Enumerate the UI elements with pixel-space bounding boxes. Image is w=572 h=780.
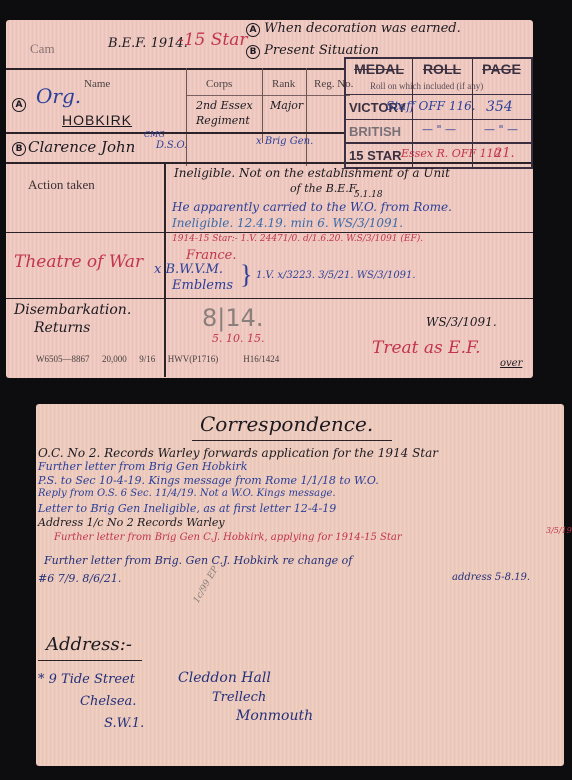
table-rule <box>346 94 531 95</box>
given-names: Clarence John <box>28 138 135 156</box>
ws-ref: WS/3/1091. <box>426 315 497 329</box>
corr-line: address 5-8.19. <box>452 572 530 583</box>
address-1-line1: * 9 Tide Street <box>38 672 135 687</box>
corr-line: O.C. No 2. Records Warley forwards appli… <box>38 446 438 460</box>
campaign-label: Cam <box>30 41 55 57</box>
theatre-label: Theatre of War <box>14 252 143 272</box>
title-underline <box>192 440 392 441</box>
corps-line2: Regiment <box>196 114 250 127</box>
returns-label: Returns <box>34 320 90 336</box>
note-a-text: When decoration was earned. <box>264 21 461 36</box>
action-date: 5.1.18 <box>354 190 383 200</box>
action-line1: Ineligible. Not on the establishment of … <box>174 166 450 180</box>
note-b-text: Present Situation <box>264 43 379 58</box>
row-b-marker-icon: B <box>12 142 26 156</box>
divider <box>186 68 187 166</box>
row-rule <box>6 232 533 233</box>
col-rank: Rank <box>272 78 295 90</box>
honours: D.S.O. <box>156 140 187 151</box>
action-line4: Ineligible. 12.4.19. min 6. WS/3/1091. <box>172 216 403 230</box>
campaign-value: B.E.F. 1914. <box>108 36 188 51</box>
action-taken-label: Action taken <box>28 177 95 193</box>
medal-roll-table: MEDAL ROLL PAGE Roll on which included (… <box>344 57 533 169</box>
page-15-star: 21. <box>494 146 515 161</box>
printer-footer: W6505—8867 20,000 9/16 HWV(P1716) H16/14… <box>36 354 279 364</box>
corr-line: Further letter from Brig Gen Hobkirk <box>38 460 247 473</box>
bwm-ref: 1.V. x/3223. 3/5/21. WS/3/1091. <box>256 270 416 281</box>
roll-15-star: Essex R. OFF 110 <box>401 147 501 160</box>
page-british: — " — <box>484 123 518 136</box>
refs: #6 7/9. 8/6/21. <box>38 572 121 585</box>
correspondence-title: Correspondence. <box>200 412 373 436</box>
roll-header: ROLL <box>412 59 472 79</box>
corr-line: Letter to Brig Gen Ineligible, as at fir… <box>38 502 336 515</box>
over-link[interactable]: over <box>500 358 522 369</box>
roll-victory: Staff OFF 116. <box>386 99 476 113</box>
note-a: A When decoration was earned. <box>246 21 461 37</box>
page-header: PAGE <box>472 59 531 79</box>
address-2-line1: Cleddon Hall <box>178 670 271 686</box>
print-date: 9/16 <box>139 354 155 364</box>
corr-line: Reply from O.S. 6 Sec. 11/4/19. Not a W.… <box>38 488 336 499</box>
medal-index-card-back: Correspondence. O.C. No 2. Records Warle… <box>36 404 564 766</box>
table-rule <box>346 142 531 144</box>
corps-line1: 2nd Essex <box>196 99 253 112</box>
name-prefix: Org. <box>36 84 81 108</box>
table-rule <box>346 119 531 120</box>
col-rule <box>186 95 350 96</box>
rank-b: x Brig Gen. <box>256 136 313 147</box>
address-2-line2: Trellech <box>212 690 266 705</box>
form-code: H16/1424 <box>243 354 279 364</box>
address-1-line2: Chelsea. <box>80 694 136 709</box>
brace-icon: } <box>240 260 252 290</box>
page-victory: 354 <box>486 99 513 115</box>
grey-ref: 8|14. <box>202 304 264 332</box>
col-name: Name <box>84 78 110 90</box>
address-heading: Address:- <box>46 634 132 655</box>
row-a-marker-icon: A <box>12 98 26 112</box>
form-no: W6505—8867 <box>36 354 90 364</box>
col-corps: Corps <box>206 78 232 90</box>
corr-line: Further letter from Brig. Gen C.J. Hobki… <box>44 554 352 567</box>
rank-a: Major <box>270 99 303 112</box>
address-2-line3: Monmouth <box>236 708 313 724</box>
divider <box>306 68 307 166</box>
row-rule <box>6 298 533 299</box>
medal-index-card-front: Cam B.E.F. 1914. -15 Star A When decorat… <box>6 20 533 378</box>
bwm-line2: Emblems <box>172 278 233 293</box>
medal-header: MEDAL <box>346 59 412 79</box>
address-underline <box>38 660 142 661</box>
printer-code: HWV(P1716) <box>168 354 219 364</box>
roll-british: — " — <box>422 123 456 136</box>
row-rule <box>6 132 346 134</box>
theatre-value: France. <box>186 248 236 263</box>
campaign-value-star: -15 Star <box>178 30 248 50</box>
roll-subheader: Roll on which included (if any) <box>370 81 483 91</box>
disembarkation-label: Disembarkation. <box>14 302 131 318</box>
medal-15-star: 15 STAR <box>349 148 402 163</box>
address-1-line3: S.W.1. <box>104 716 144 731</box>
corr-line: Address 1/c No 2 Records Warley <box>38 516 225 529</box>
header-rule <box>6 68 346 70</box>
marker-a-icon: A <box>246 23 260 37</box>
red-date: 3/5/19 <box>546 526 572 535</box>
surname: HOBKIRK <box>62 112 132 128</box>
corr-line: P.S. to Sec 10-4-19. Kings message from … <box>38 474 379 487</box>
stamp: 1c/99 EP <box>192 565 221 605</box>
action-line2: of the B.E.F. <box>290 182 358 195</box>
theatre-red-note: 1914-15 Star:- 1.V. 24471/0. d/1.6.20. W… <box>172 234 423 244</box>
bwm-line1: x B.W.V.M. <box>154 262 223 277</box>
treat-as-note: Treat as E.F. <box>372 338 481 358</box>
action-line3: He apparently carried to the W.O. from R… <box>172 200 452 214</box>
honours-cmg: CMG <box>144 130 165 139</box>
disembarkation-date: 5. 10. 15. <box>212 332 264 345</box>
corr-line: Further letter from Brig Gen C.J. Hobkir… <box>54 532 402 543</box>
marker-b-icon: B <box>246 45 260 59</box>
print-quantity: 20,000 <box>102 354 127 364</box>
medal-british: BRITISH <box>349 124 401 139</box>
